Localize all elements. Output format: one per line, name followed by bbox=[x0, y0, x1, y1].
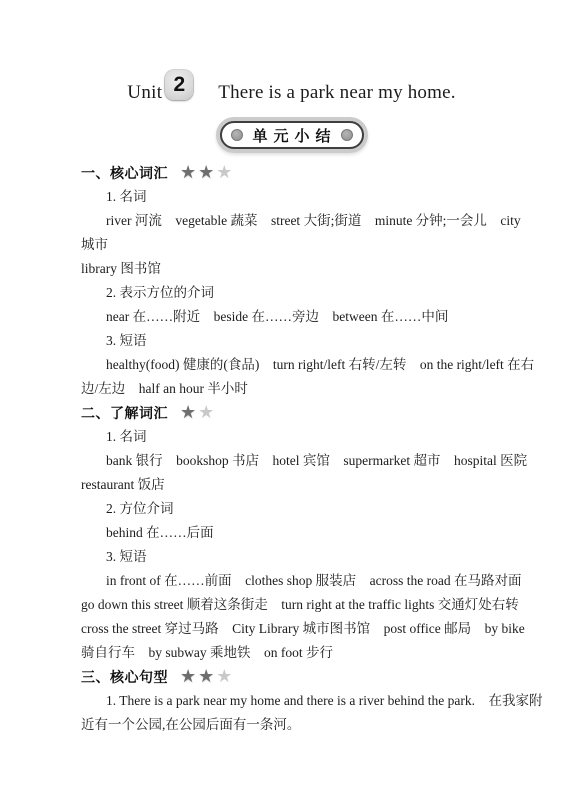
page-content: 一、核心词汇 ★★★ 1. 名词 river 河流 vegetable 蔬菜 s… bbox=[81, 161, 503, 737]
section-core-vocabulary: 一、核心词汇 ★★★ 1. 名词 river 河流 vegetable 蔬菜 s… bbox=[81, 161, 503, 401]
section-heading: 二、了解词汇 bbox=[81, 403, 168, 423]
document-page: Unit 2 There is a park near my home. 单元小… bbox=[0, 0, 583, 804]
text-line: 3. 短语 bbox=[81, 329, 503, 353]
section-familiar-vocabulary: 二、了解词汇 ★★ 1. 名词 bank 银行 bookshop 书店 hote… bbox=[81, 401, 503, 665]
dot-icon bbox=[341, 129, 353, 141]
text-line: behind 在……后面 bbox=[81, 521, 503, 545]
unit-label: Unit bbox=[127, 70, 162, 104]
unit-title: Unit 2 There is a park near my home. bbox=[0, 70, 583, 104]
text-line: go down this street 顺着这条街走 turn right at… bbox=[81, 593, 503, 617]
section-heading-row: 一、核心词汇 ★★★ bbox=[81, 161, 503, 185]
unit-number-badge: 2 bbox=[165, 70, 193, 100]
difficulty-stars: ★★★ bbox=[180, 164, 232, 182]
text-line: healthy(food) 健康的(食品) turn right/left 右转… bbox=[81, 353, 503, 377]
difficulty-stars: ★★★ bbox=[180, 668, 232, 686]
star-empty-icon: ★ bbox=[198, 404, 214, 422]
star-filled-icon: ★ bbox=[180, 404, 196, 422]
unit-number: 2 bbox=[173, 73, 185, 97]
difficulty-stars: ★★ bbox=[180, 404, 214, 422]
text-line: 2. 表示方位的介词 bbox=[81, 281, 503, 305]
text-line: 1. 名词 bbox=[81, 185, 503, 209]
unit-summary-badge: 单元小结 bbox=[219, 121, 363, 149]
star-filled-icon: ★ bbox=[198, 164, 214, 182]
dot-icon bbox=[230, 129, 242, 141]
star-filled-icon: ★ bbox=[180, 164, 196, 182]
section-heading-row: 二、了解词汇 ★★ bbox=[81, 401, 503, 425]
star-filled-icon: ★ bbox=[180, 668, 196, 686]
text-line: 1. There is a park near my home and ther… bbox=[81, 689, 503, 713]
section-core-sentences: 三、核心句型 ★★★ 1. There is a park near my ho… bbox=[81, 665, 503, 737]
text-line: in front of 在……前面 clothes shop 服装店 acros… bbox=[81, 569, 503, 593]
unit-summary-label: 单元小结 bbox=[252, 125, 336, 146]
section-heading: 三、核心句型 bbox=[81, 667, 168, 687]
text-line: 近有一个公园,在公园后面有一条河。 bbox=[81, 713, 503, 737]
text-line: restaurant 饭店 bbox=[81, 473, 503, 497]
text-line: cross the street 穿过马路 City Library 城市图书馆… bbox=[81, 617, 503, 641]
text-line: bank 银行 bookshop 书店 hotel 宾馆 supermarket… bbox=[81, 449, 503, 473]
text-line: library 图书馆 bbox=[81, 257, 503, 281]
section-heading: 一、核心词汇 bbox=[81, 163, 168, 183]
star-empty-icon: ★ bbox=[216, 164, 232, 182]
text-line: river 河流 vegetable 蔬菜 street 大街;街道 minut… bbox=[81, 209, 503, 233]
star-empty-icon: ★ bbox=[216, 668, 232, 686]
unit-title-text: There is a park near my home. bbox=[218, 70, 455, 104]
text-line: 骑自行车 by subway 乘地铁 on foot 步行 bbox=[81, 641, 503, 665]
text-line: 边/左边 half an hour 半小时 bbox=[81, 377, 503, 401]
text-line: 1. 名词 bbox=[81, 425, 503, 449]
section-heading-row: 三、核心句型 ★★★ bbox=[81, 665, 503, 689]
star-filled-icon: ★ bbox=[198, 668, 214, 686]
text-line: 城市 bbox=[81, 233, 503, 257]
text-line: 2. 方位介词 bbox=[81, 497, 503, 521]
text-line: near 在……附近 beside 在……旁边 between 在……中间 bbox=[81, 305, 503, 329]
text-line: 3. 短语 bbox=[81, 545, 503, 569]
